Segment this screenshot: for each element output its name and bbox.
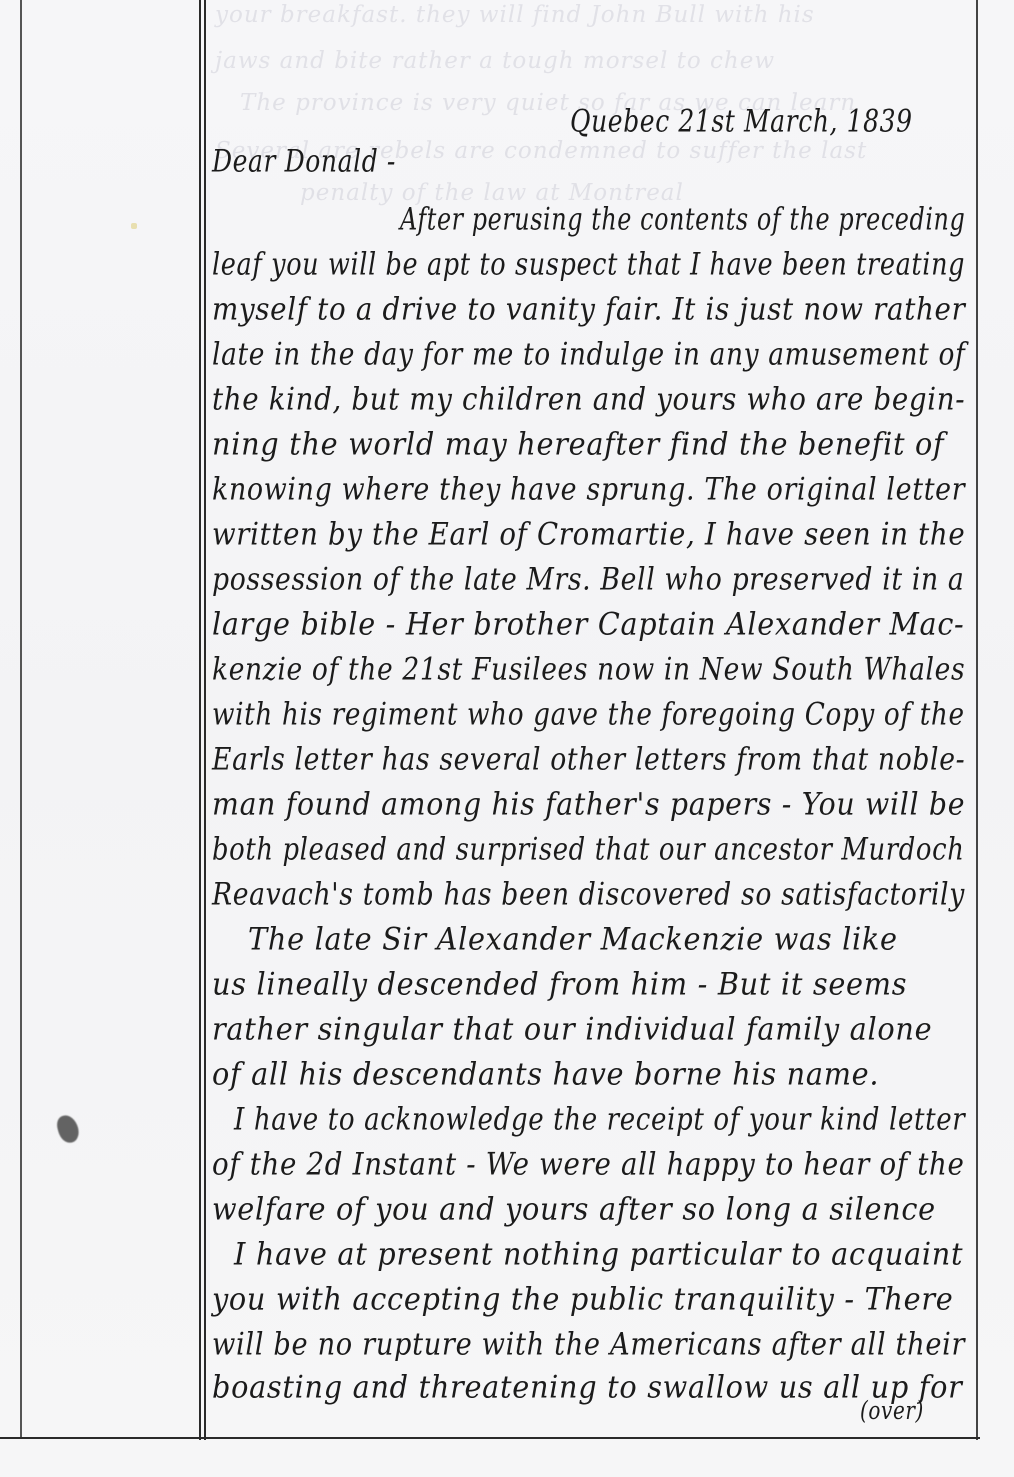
letter-line: I have at present nothing particular to … — [234, 1236, 963, 1272]
page-turn-note: (over) — [860, 1395, 924, 1425]
place-and-date: Quebec 21st March, 1839 — [570, 103, 913, 139]
letter-line: Reavach's tomb has been discovered so sa… — [212, 876, 965, 912]
letter-line: late in the day for me to indulge in any… — [212, 336, 965, 372]
bottom-margin-rule — [0, 1437, 980, 1439]
bleed-through-line: your breakfast. they will find John Bull… — [215, 2, 815, 28]
letter-line: leaf you will be apt to suspect that I h… — [212, 246, 965, 282]
ink-blot-icon — [55, 1113, 82, 1145]
letter-line: welfare of you and yours after so long a… — [212, 1191, 936, 1227]
letter-line: knowing where they have sprung. The orig… — [212, 471, 965, 507]
letter-line: boasting and threatening to swallow us a… — [212, 1369, 963, 1405]
letter-line: possession of the late Mrs. Bell who pre… — [212, 561, 964, 597]
letter-line: with his regiment who gave the foregoing… — [212, 696, 965, 732]
letter-line: both pleased and surprised that our ance… — [212, 831, 964, 867]
letter-line: you with accepting the public tranquilit… — [212, 1281, 953, 1317]
letter-line: of all his descendants have borne his na… — [212, 1056, 879, 1092]
letter-line: I have to acknowledge the receipt of you… — [234, 1101, 965, 1137]
bleed-through-line: jaws and bite rather a tough morsel to c… — [215, 48, 775, 74]
letter-line: Earls letter has several other letters f… — [212, 741, 965, 777]
letter-line: the kind, but my children and yours who … — [212, 381, 965, 417]
letter-line: kenzie of the 21st Fusilees now in New S… — [212, 651, 965, 687]
letter-line: After perusing the contents of the prece… — [400, 201, 965, 237]
letter-line: large bible - Her brother Captain Alexan… — [212, 606, 964, 642]
letter-line: The late Sir Alexander Mackenzie was lik… — [248, 921, 898, 957]
paper-speck — [131, 223, 137, 229]
salutation: Dear Donald - — [212, 143, 396, 179]
right-margin-rule — [976, 0, 978, 1440]
letter-line: man found among his father's papers - Yo… — [212, 786, 965, 822]
letter-line: written by the Earl of Cromartie, I have… — [212, 516, 965, 552]
outer-margin-rule — [20, 0, 22, 1437]
document-page: your breakfast. they will find John Bull… — [0, 0, 1014, 1477]
margin-double-rule-left — [199, 0, 201, 1440]
letter-line: will be no rupture with the Americans af… — [212, 1326, 965, 1362]
letter-line: myself to a drive to vanity fair. It is … — [212, 291, 966, 327]
letter-line: of the 2d Instant - We were all happy to… — [212, 1146, 965, 1182]
letter-line: ning the world may hereafter find the be… — [212, 426, 944, 462]
letter-line: rather singular that our individual fami… — [212, 1011, 932, 1047]
letter-line: us lineally descended from him - But it … — [212, 966, 907, 1002]
margin-double-rule-right — [204, 0, 206, 1440]
